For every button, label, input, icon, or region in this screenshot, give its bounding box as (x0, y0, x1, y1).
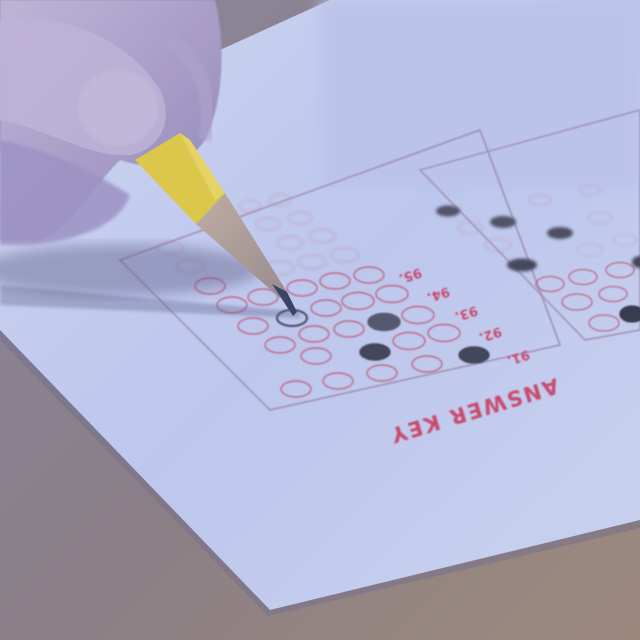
color-tint-overlay (0, 0, 640, 640)
answer-sheet-photo: 91. 92. 93. 94. 95. ANSWER KEY (0, 0, 640, 640)
photo-canvas: 91. 92. 93. 94. 95. ANSWER KEY (0, 0, 640, 640)
